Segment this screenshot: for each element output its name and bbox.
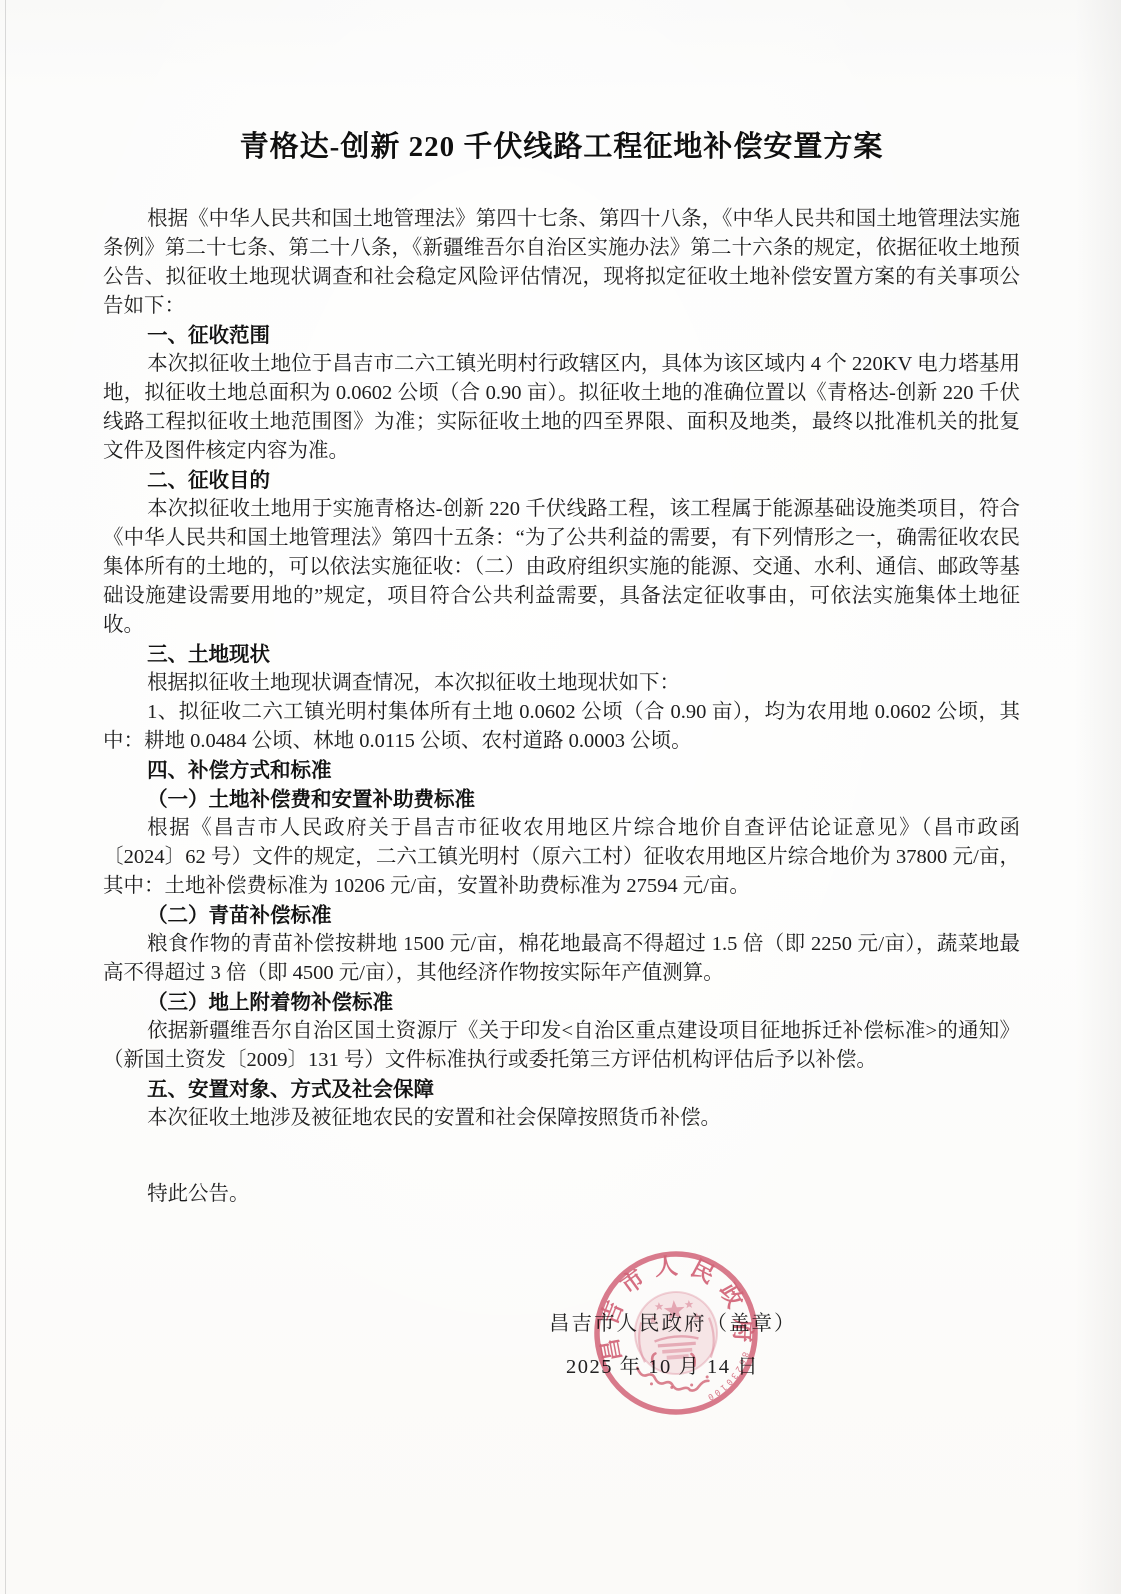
scanner-edge-line bbox=[5, 0, 6, 1594]
section1-heading: 一、征收范围 bbox=[103, 321, 1020, 350]
document-content: 青格达-创新 220 千伏线路工程征地补偿安置方案 根据《中华人民共和国土地管理… bbox=[103, 0, 1020, 1209]
section2-heading: 二、征收目的 bbox=[103, 466, 1020, 495]
section5-body: 本次征收土地涉及被征地农民的安置和社会保障按照货币补偿。 bbox=[103, 1104, 1020, 1133]
section4-sub2-heading: （二）青苗补偿标准 bbox=[103, 901, 1020, 930]
section4-sub3-body: 依据新疆维吾尔自治区国土资源厅《关于印发<自治区重点建设项目征地拆迁补偿标准>的… bbox=[103, 1017, 1020, 1075]
section4-sub2-body: 粮食作物的青苗补偿按耕地 1500 元/亩，棉花地最高不得超过 1.5 倍（即 … bbox=[103, 930, 1020, 988]
national-emblem bbox=[632, 1289, 720, 1377]
section3-lead: 根据拟征收土地现状调查情况，本次拟征收土地现状如下： bbox=[103, 669, 1020, 698]
section3-heading: 三、土地现状 bbox=[103, 640, 1020, 669]
section5-heading: 五、安置对象、方式及社会保障 bbox=[103, 1075, 1020, 1104]
document-title: 青格达-创新 220 千伏线路工程征地补偿安置方案 bbox=[103, 128, 1020, 166]
section4-sub1-heading: （一）土地补偿费和安置补助费标准 bbox=[103, 785, 1020, 814]
closing-statement: 特此公告。 bbox=[103, 1180, 1020, 1209]
section1-body: 本次拟征收土地位于昌吉市二六工镇光明村行政辖区内，具体为该区域内 4 个 220… bbox=[103, 350, 1020, 466]
section4-sub1-body: 根据《昌吉市人民政府关于昌吉市征收农用地区片综合地价自查评估论证意见》（昌市政函… bbox=[103, 814, 1020, 901]
section3-item1: 1、拟征收二六工镇光明村集体所有土地 0.0602 公顷（合 0.90 亩），均… bbox=[103, 698, 1020, 756]
section4-sub3-heading: （三）地上附着物补偿标准 bbox=[103, 988, 1020, 1017]
document-page: 青格达-创新 220 千伏线路工程征地补偿安置方案 根据《中华人民共和国土地管理… bbox=[0, 0, 1121, 1594]
section2-body: 本次拟征收土地用于实施青格达-创新 220 千伏线路工程，该工程属于能源基础设施… bbox=[103, 495, 1020, 640]
intro-paragraph: 根据《中华人民共和国土地管理法》第四十七条、第四十八条，《中华人民共和国土地管理… bbox=[103, 205, 1020, 321]
official-seal: 昌吉市人民政府 bbox=[585, 1242, 766, 1423]
section4-heading: 四、补偿方式和标准 bbox=[103, 756, 1020, 785]
